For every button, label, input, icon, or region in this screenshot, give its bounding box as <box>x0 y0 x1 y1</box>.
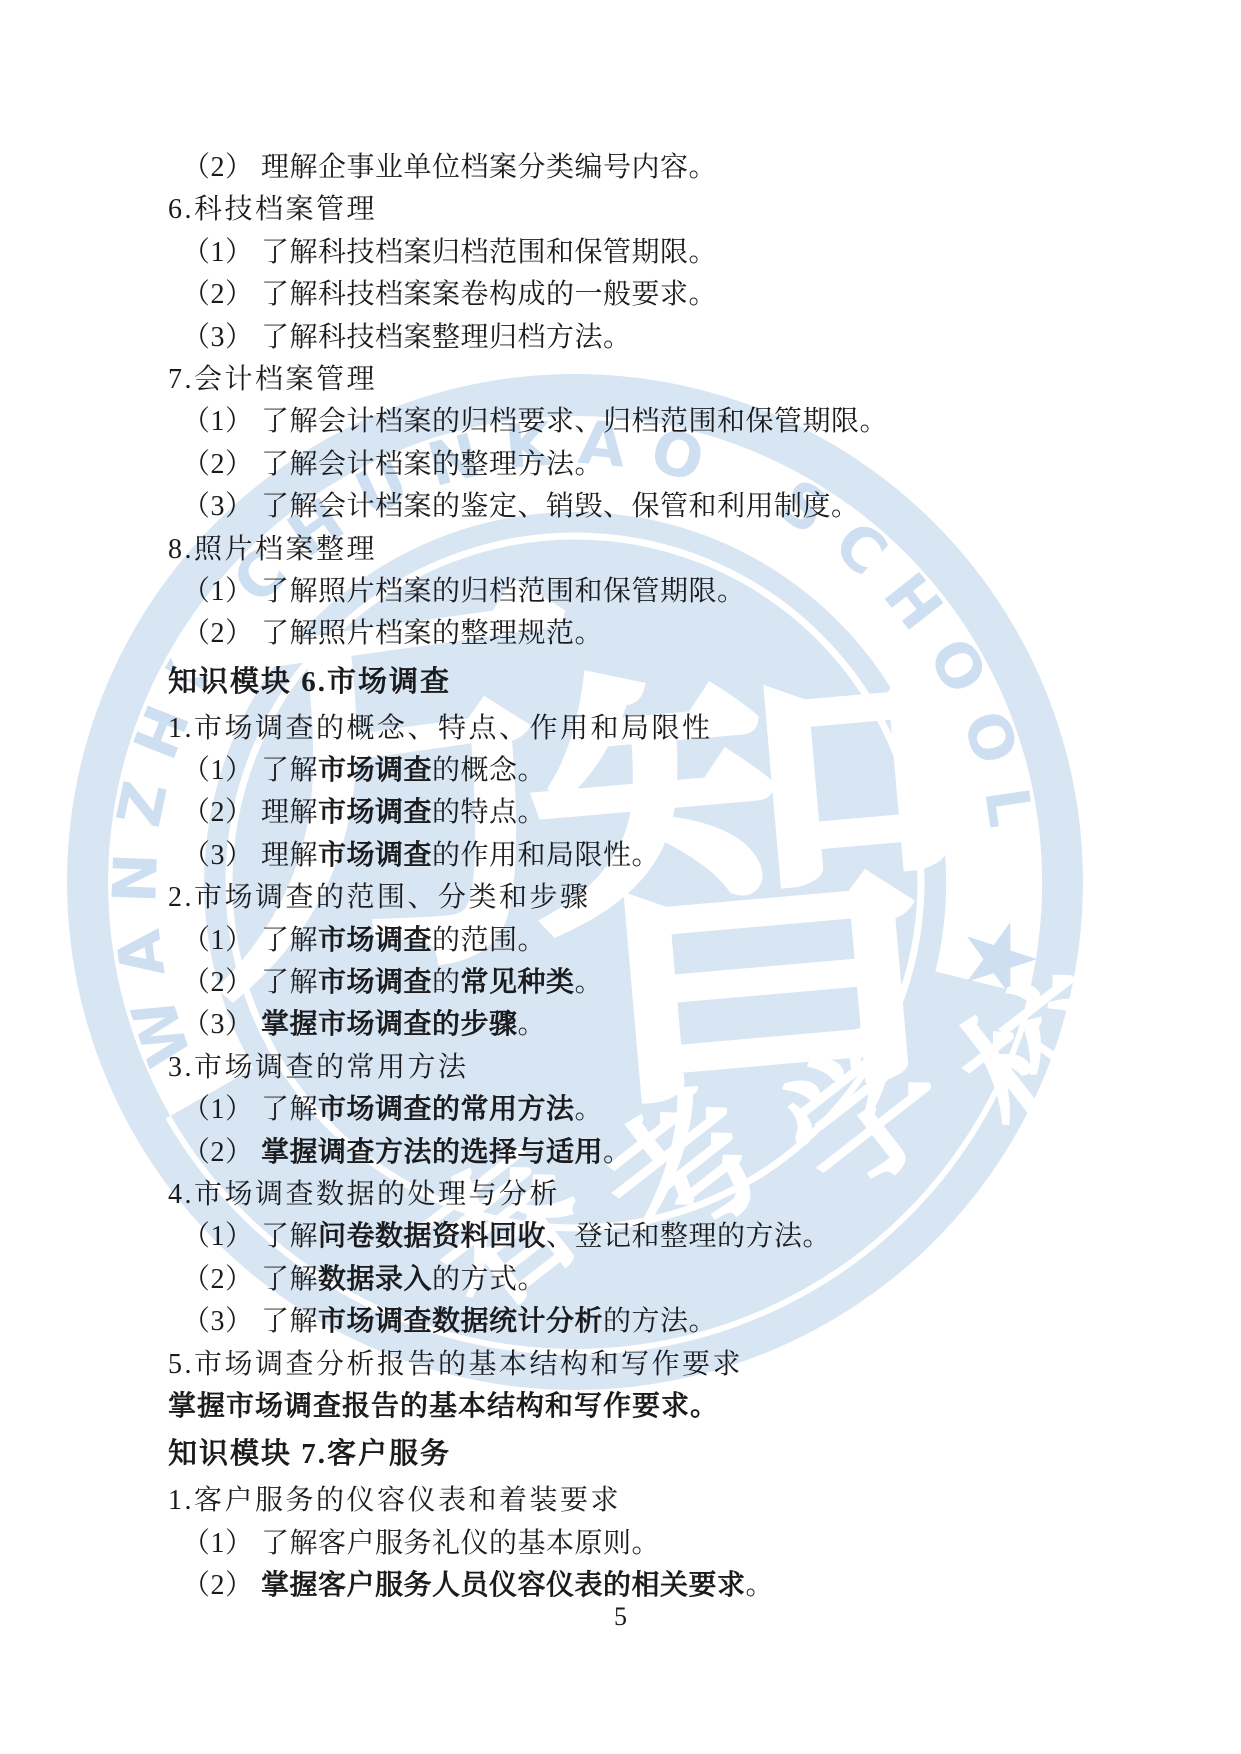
document-line: 掌握市场调查报告的基本结构和写作要求。 <box>168 1386 1128 1428</box>
document-line: （1） 了解照片档案的归档范围和保管期限。 <box>168 571 1128 613</box>
text-segment: （1） 了解 <box>182 1221 318 1252</box>
bold-phrase: 市场调查数据统计分析 <box>318 1306 603 1337</box>
document-line: （3） 理解市场调查的作用和局限性。 <box>168 835 1128 877</box>
bold-phrase: 市场调查 <box>318 967 432 998</box>
document-line: 7.会计档案管理 <box>168 359 1128 401</box>
text-segment: （2） 了解科技档案案卷构成的一般要求。 <box>182 279 717 310</box>
text-segment: 1.市场调查的概念、特点、作用和局限性 <box>168 713 713 744</box>
text-segment: （1） 了解 <box>182 1094 318 1125</box>
text-segment: （2） 了解 <box>182 1264 318 1295</box>
text-segment: （2） 了解会计档案的整理方法。 <box>182 449 603 480</box>
text-segment: 知识模块 7.客户服务 <box>168 1438 451 1470</box>
document-line: 1.客户服务的仪容仪表和着装要求 <box>168 1480 1128 1522</box>
text-segment: 。 <box>518 1009 547 1040</box>
document-line: 5.市场调查分析报告的基本结构和写作要求 <box>168 1344 1128 1386</box>
bold-phrase: 市场调查 <box>318 840 432 871</box>
section-header: 知识模块 6.市场调查 <box>168 656 1128 708</box>
document-line: （3） 了解会计档案的鉴定、销毁、保管和利用制度。 <box>168 486 1128 528</box>
text-segment: 掌握市场调查报告的基本结构和写作要求。 <box>168 1391 719 1422</box>
text-segment: 1.客户服务的仪容仪表和着装要求 <box>168 1485 621 1516</box>
text-segment: 的概念。 <box>432 755 546 786</box>
text-segment: （1） 了解科技档案归档范围和保管期限。 <box>182 237 717 268</box>
text-segment: （2） <box>182 1137 261 1168</box>
bold-phrase: 掌握市场调查的步骤 <box>261 1009 518 1040</box>
document-line: （2） 理解企事业单位档案分类编号内容。 <box>168 147 1128 189</box>
text-segment: 4.市场调查数据的处理与分析 <box>168 1179 560 1210</box>
text-segment: 的方式。 <box>432 1264 546 1295</box>
bold-phrase: 问卷数据资料回收 <box>318 1221 546 1252</box>
text-segment: 、登记和整理的方法。 <box>546 1221 831 1252</box>
text-segment: （2） 理解企事业单位档案分类编号内容。 <box>182 152 717 183</box>
text-segment: 的 <box>432 967 461 998</box>
bold-phrase: 常见种类 <box>461 967 575 998</box>
bold-phrase: 市场调查的常用方法 <box>318 1094 575 1125</box>
document-line: （2） 了解数据录入的方式。 <box>168 1259 1128 1301</box>
text-segment: 的范围。 <box>432 925 546 956</box>
text-segment: （2） 了解照片档案的整理规范。 <box>182 618 603 649</box>
document-line: （1） 了解市场调查的概念。 <box>168 750 1128 792</box>
document-line: （2） 掌握调查方法的选择与适用。 <box>168 1132 1128 1174</box>
document-line: 6.科技档案管理 <box>168 189 1128 231</box>
text-segment: 。 <box>575 1094 604 1125</box>
text-segment: 6.科技档案管理 <box>168 194 377 225</box>
document-line: （2） 了解照片档案的整理规范。 <box>168 613 1128 655</box>
text-segment: （3） 理解 <box>182 840 318 871</box>
text-segment: 7.会计档案管理 <box>168 364 377 395</box>
document-page: WANZHI CHUNKAO SCHOOL ★ 万 智 春考学校 （2） 理解企… <box>0 0 1241 1754</box>
document-line: （1） 了解科技档案归档范围和保管期限。 <box>168 232 1128 274</box>
document-line: （1） 了解会计档案的归档要求、归档范围和保管期限。 <box>168 401 1128 443</box>
bold-phrase: 市场调查 <box>318 925 432 956</box>
bold-phrase: 掌握调查方法的选择与适用 <box>261 1137 603 1168</box>
text-segment: 的特点。 <box>432 797 546 828</box>
text-segment: 的作用和局限性。 <box>432 840 660 871</box>
text-segment: （3） 了解 <box>182 1306 318 1337</box>
text-segment: （1） 了解 <box>182 925 318 956</box>
text-segment: 知识模块 6.市场调查 <box>168 666 451 698</box>
document-line: （1） 了解市场调查的常用方法。 <box>168 1089 1128 1131</box>
text-segment: （2） 理解 <box>182 797 318 828</box>
document-line: 8.照片档案整理 <box>168 529 1128 571</box>
text-segment: （2） 了解 <box>182 967 318 998</box>
document-line: 1.市场调查的概念、特点、作用和局限性 <box>168 708 1128 750</box>
document-line: （2） 了解会计档案的整理方法。 <box>168 444 1128 486</box>
document-line: （1） 了解问卷数据资料回收、登记和整理的方法。 <box>168 1216 1128 1258</box>
text-segment: （1） 了解会计档案的归档要求、归档范围和保管期限。 <box>182 406 888 437</box>
document-line: （2） 理解市场调查的特点。 <box>168 792 1128 834</box>
document-line: （2） 了解市场调查的常见种类。 <box>168 962 1128 1004</box>
text-segment: 5.市场调查分析报告的基本结构和写作要求 <box>168 1349 743 1380</box>
document-line: 4.市场调查数据的处理与分析 <box>168 1174 1128 1216</box>
text-segment: 。 <box>603 1137 632 1168</box>
document-line: （1） 了解客户服务礼仪的基本原则。 <box>168 1523 1128 1565</box>
text-segment: （1） 了解客户服务礼仪的基本原则。 <box>182 1528 660 1559</box>
text-segment: （1） 了解照片档案的归档范围和保管期限。 <box>182 576 746 607</box>
bold-phrase: 数据录入 <box>318 1264 432 1295</box>
text-segment: （3） 了解会计档案的鉴定、销毁、保管和利用制度。 <box>182 491 860 522</box>
document-body: （2） 理解企事业单位档案分类编号内容。6.科技档案管理（1） 了解科技档案归档… <box>168 147 1128 1608</box>
document-line: 3.市场调查的常用方法 <box>168 1047 1128 1089</box>
document-line: 2.市场调查的范围、分类和步骤 <box>168 877 1128 919</box>
text-segment: 。 <box>575 967 604 998</box>
page-number: 5 <box>0 1596 1241 1638</box>
text-segment: （3） 了解科技档案整理归档方法。 <box>182 322 632 353</box>
text-segment: 8.照片档案整理 <box>168 534 377 565</box>
text-segment: （1） 了解 <box>182 755 318 786</box>
text-segment: （3） <box>182 1009 261 1040</box>
document-line: （3） 了解科技档案整理归档方法。 <box>168 317 1128 359</box>
document-line: （3） 掌握市场调查的步骤。 <box>168 1004 1128 1046</box>
document-line: （3） 了解市场调查数据统计分析的方法。 <box>168 1301 1128 1343</box>
section-header: 知识模块 7.客户服务 <box>168 1428 1128 1480</box>
text-segment: 2.市场调查的范围、分类和步骤 <box>168 882 591 913</box>
bold-phrase: 市场调查 <box>318 797 432 828</box>
document-line: （2） 了解科技档案案卷构成的一般要求。 <box>168 274 1128 316</box>
text-segment: 的方法。 <box>603 1306 717 1337</box>
text-segment: 3.市场调查的常用方法 <box>168 1052 469 1083</box>
document-line: （1） 了解市场调查的范围。 <box>168 920 1128 962</box>
bold-phrase: 市场调查 <box>318 755 432 786</box>
